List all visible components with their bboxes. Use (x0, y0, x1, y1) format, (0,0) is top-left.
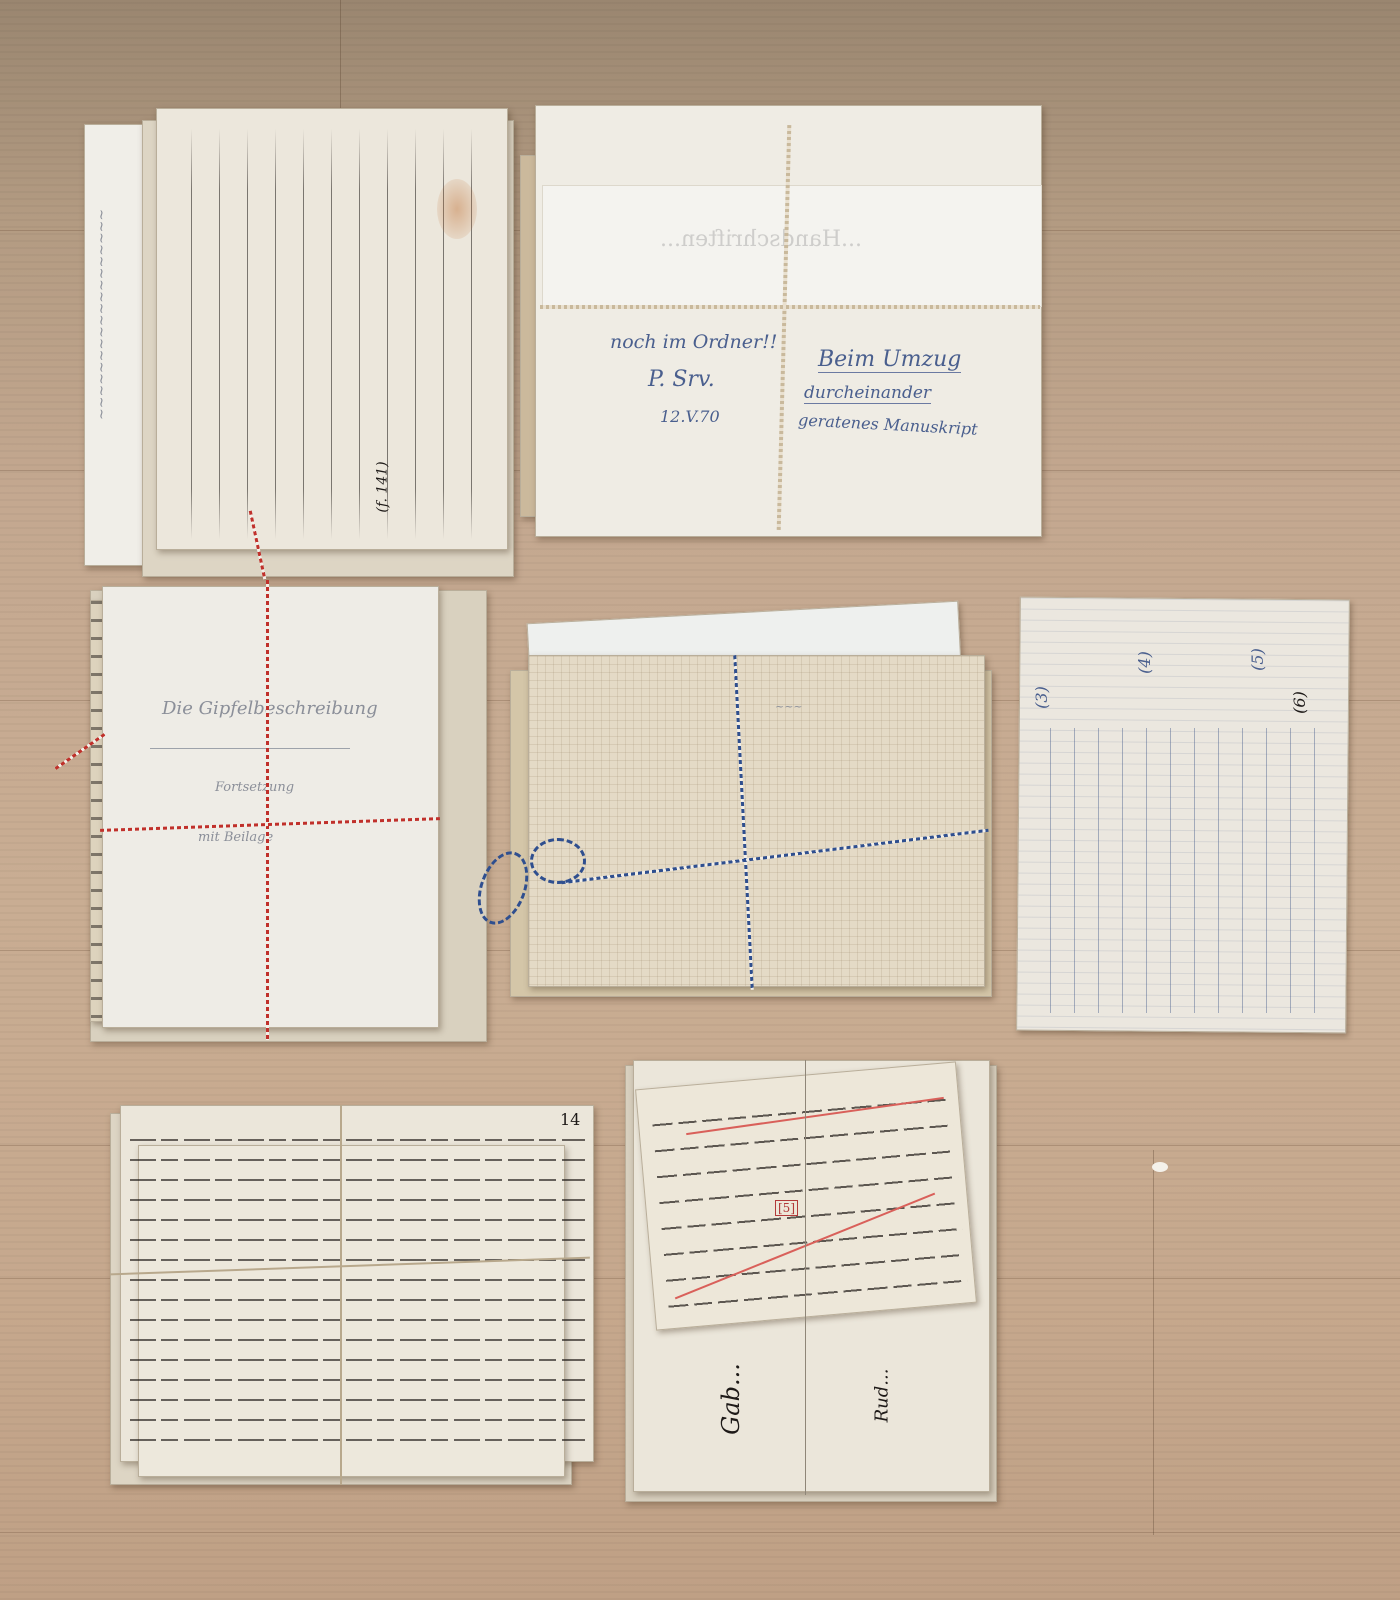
label-note-left-line1: noch im Ordner!! (610, 331, 777, 353)
section-marker: (5) (1248, 648, 1267, 671)
manuscript-bundle-bottom-left[interactable]: 14 (110, 1105, 600, 1490)
handwriting-block (1038, 728, 1328, 1013)
handwriting-block (130, 1127, 585, 1457)
blue-twine-knot (530, 838, 586, 884)
pencil-underline (150, 748, 350, 749)
section-marker: (3) (1032, 686, 1051, 709)
pencil-title: Die Gipfelbeschreibung (162, 698, 378, 719)
rust-stain (437, 179, 477, 239)
mirrored-print-through: ...Handschriften... (660, 227, 862, 252)
graph-paper-sheet (528, 655, 985, 987)
cord-horizontal (540, 305, 1040, 309)
manuscript-bundle-top-left[interactable]: ~~~~~~~~~~~~~~~~~~ (f. 141) (84, 100, 514, 580)
label-note-left-date: 12.V.70 (660, 407, 720, 426)
red-white-twine-vertical (266, 580, 269, 1040)
manuscript-bundle-middle-center[interactable]: ~~~ (470, 600, 1000, 1005)
top-sheet (102, 586, 439, 1028)
pencil-note: mit Beilage (198, 830, 273, 845)
handwriting-block (651, 1082, 969, 1327)
signature-fragment: Gab... (717, 1363, 745, 1435)
side-strip-pencil-note: ~~~~~~~~~~~~~~~~~~ (94, 209, 110, 420)
section-marker: (6) (1290, 691, 1309, 714)
string-vertical (805, 1060, 806, 1495)
string-vertical (340, 1105, 342, 1485)
manuscript-bundle-top-center[interactable]: ...Handschriften... noch im Ordner!! P. … (520, 105, 1060, 545)
top-sheet: (f. 141) (156, 108, 508, 550)
manuscript-sheet-middle-right[interactable]: (3) (4) (5) (6) (1018, 598, 1348, 1033)
manuscript-bundle-bottom-right[interactable]: [5] Gab... Rud... (625, 1055, 1000, 1500)
folio-number: (f. 141) (375, 461, 391, 512)
manuscript-bundle-middle-left[interactable]: Die Gipfelbeschreibung Fortsetzung mit B… (90, 580, 490, 1045)
floor-seam-vertical (1153, 1150, 1154, 1535)
pencil-note: ~~~ (775, 700, 803, 713)
pencil-subtitle: Fortsetzung (215, 780, 294, 795)
stamp-box: [5] (775, 1200, 798, 1216)
signature-fragment: Rud... (871, 1369, 892, 1423)
floor-chip (1152, 1162, 1168, 1172)
label-note-right-line2: durcheinander (804, 383, 931, 404)
floor-seam (0, 1532, 1400, 1533)
label-note-right-line1: Beim Umzug (818, 347, 961, 373)
section-marker: (4) (1135, 651, 1154, 674)
label-note-left-line2: P. Srv. (648, 367, 715, 392)
